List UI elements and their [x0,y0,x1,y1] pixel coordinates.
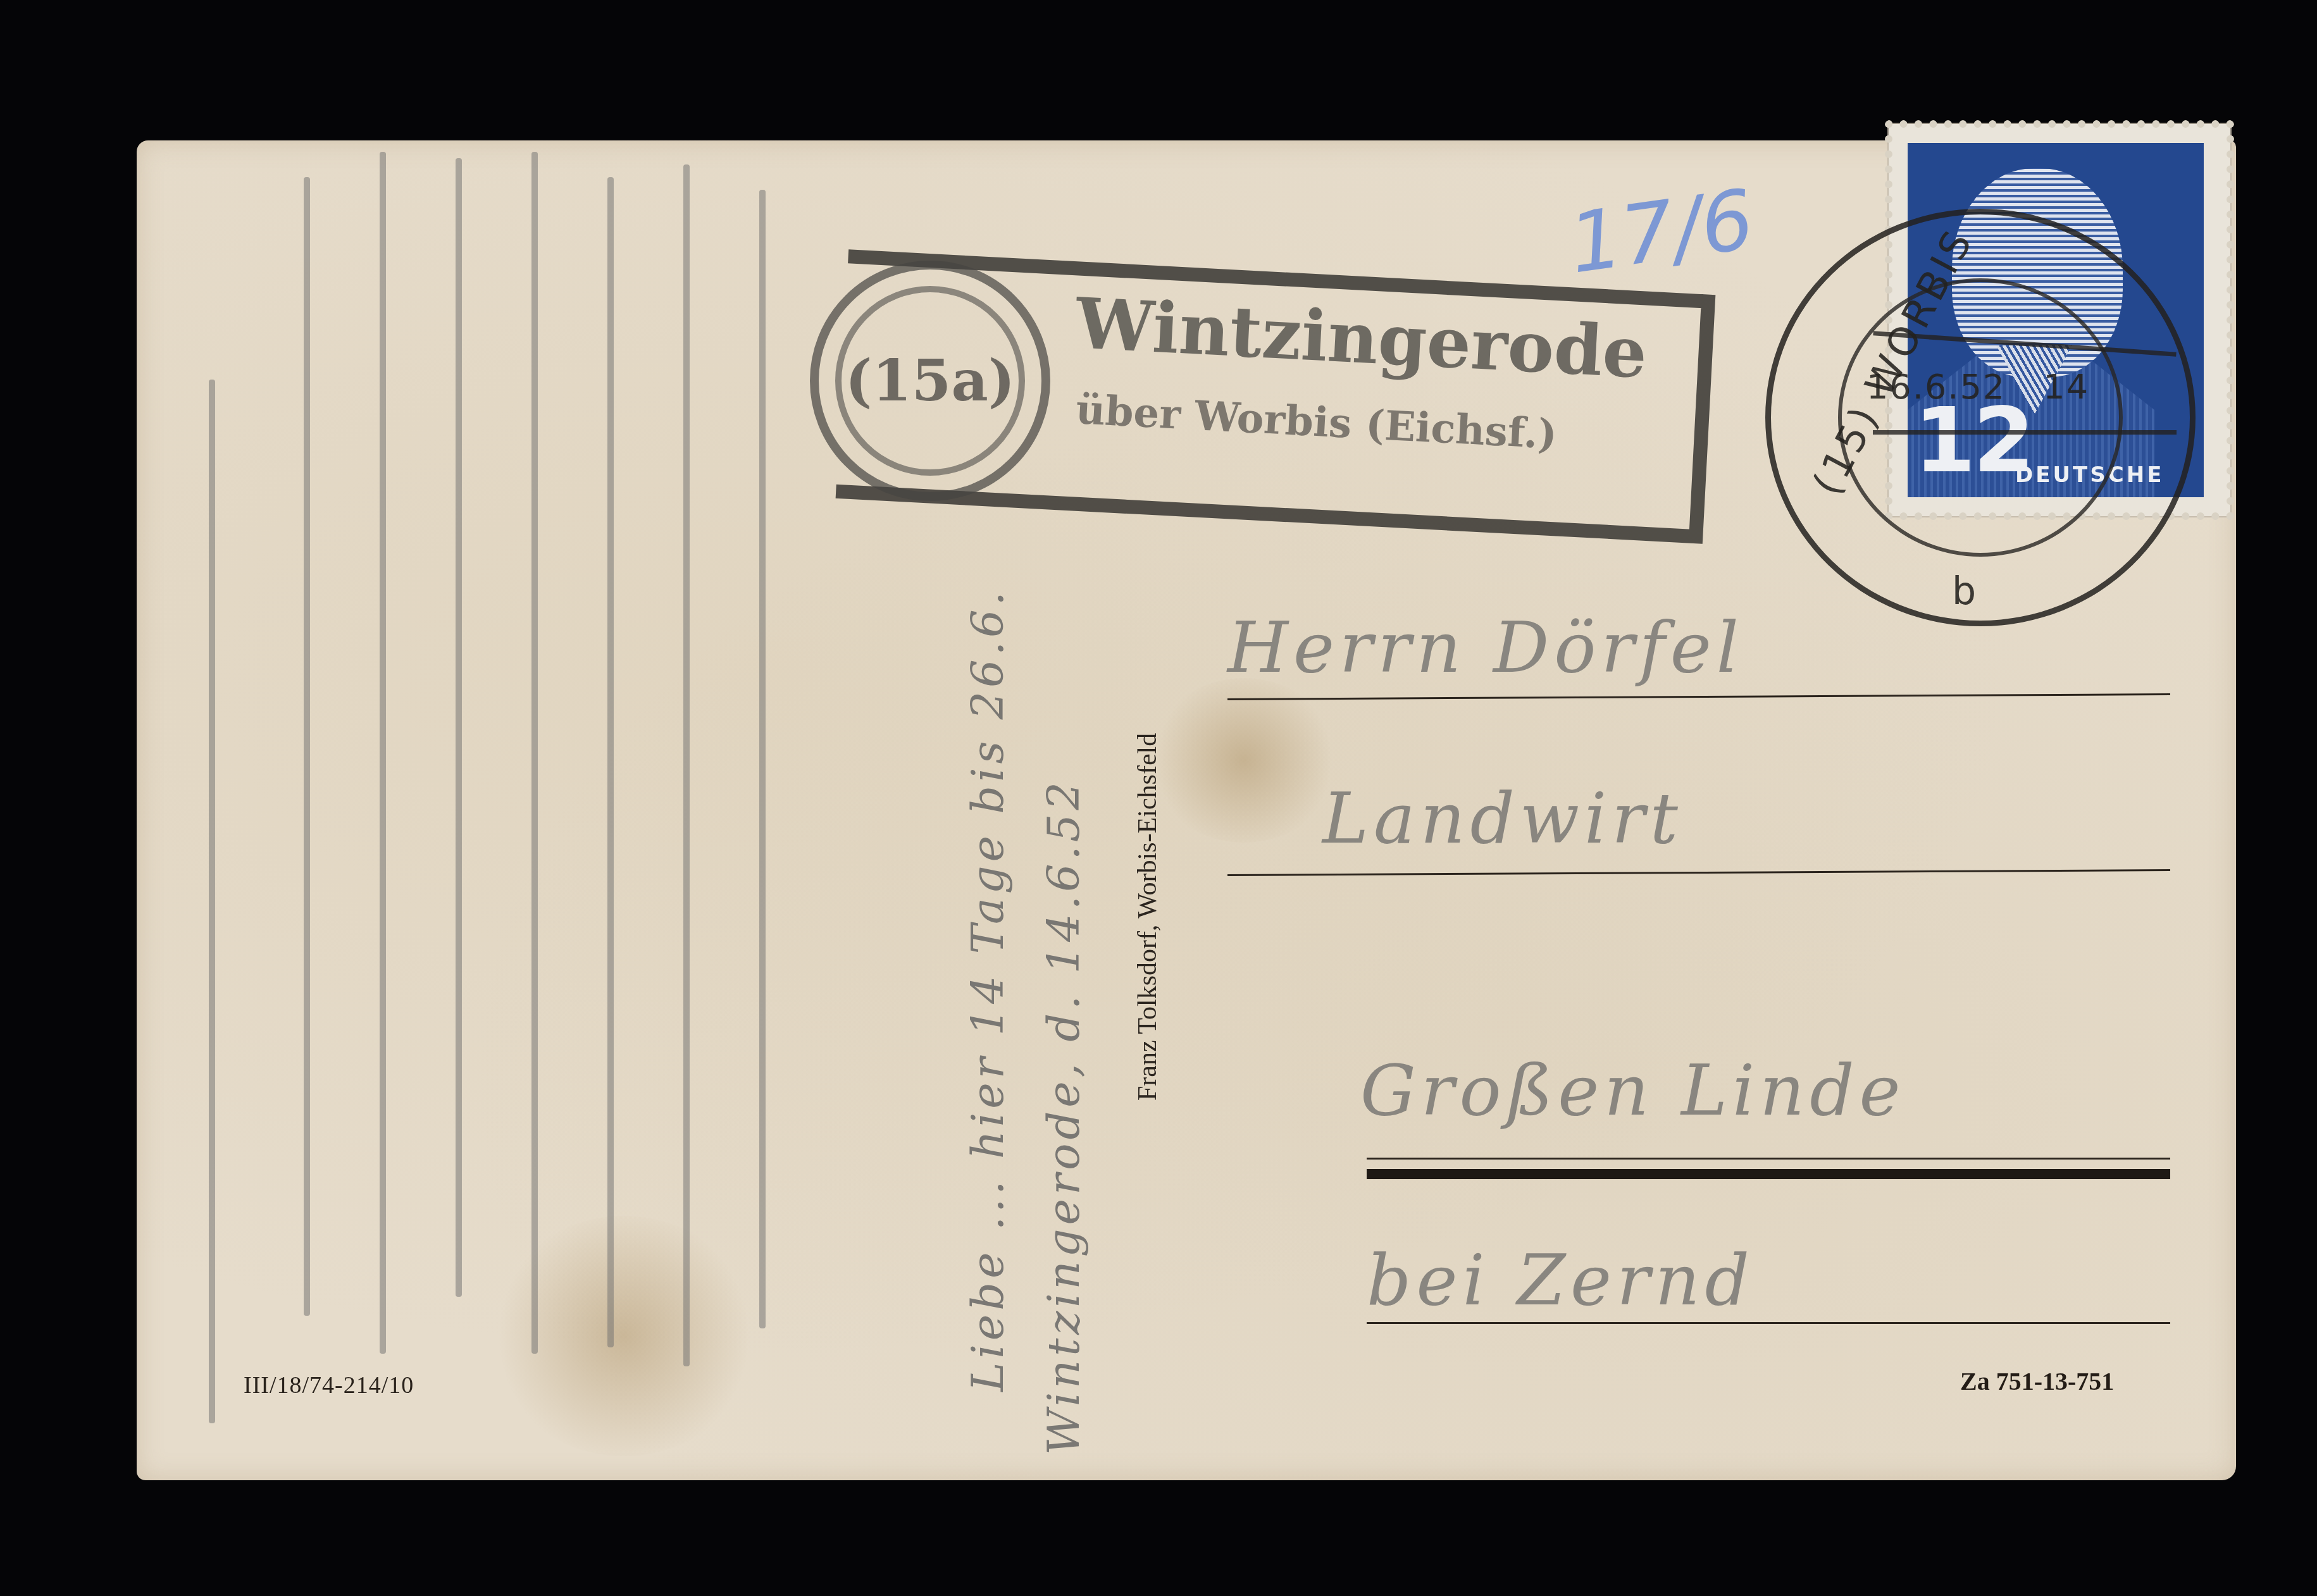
age-stain [1149,678,1339,843]
address-rule [1367,1322,2170,1324]
publisher-imprint: Franz Tolksdorf, Worbis-Eichsfeld [1133,733,1163,1101]
stamp-side-text: DEMOKRATISCHE REPUBLIK [2200,143,2204,491]
postmark-date-value: 16.6.52 [1867,367,2006,407]
print-code-right: Za 751-13-751 [1960,1366,2114,1396]
print-code-left: III/18/74-214/10 [244,1371,414,1399]
cachet-circle-text: (15a) [835,286,1025,476]
address-line-1: Herrn Dörfel [1227,607,1744,688]
postmark-date: 16.6.52 14 [1867,367,2089,407]
pencil-stroke [304,177,310,1316]
age-stain [491,1216,757,1456]
address-rule [1367,1158,2170,1160]
address-line-2: Landwirt [1322,778,1683,859]
pencil-stroke [456,158,462,1297]
pencil-stroke [607,177,614,1347]
pencil-stroke [683,164,690,1366]
postmark-hour: 14 [2043,367,2089,407]
message-line: Liebe ... hier 14 Tage bis 26.6. [962,588,1014,1392]
address-rule-thick [1367,1169,2170,1179]
pencil-stroke [209,380,215,1423]
postmark-sub-code: b [1952,569,1976,614]
postmark-bar [1873,430,2177,435]
address-line-4: bei Zernd [1367,1240,1755,1321]
pencil-stroke [759,190,766,1328]
pencil-stroke [380,152,386,1354]
address-line-3: Großen Linde [1360,1050,1906,1131]
message-line: Wintzingerode, d. 14.6.52 [1038,778,1090,1455]
pencil-stroke [531,152,538,1354]
